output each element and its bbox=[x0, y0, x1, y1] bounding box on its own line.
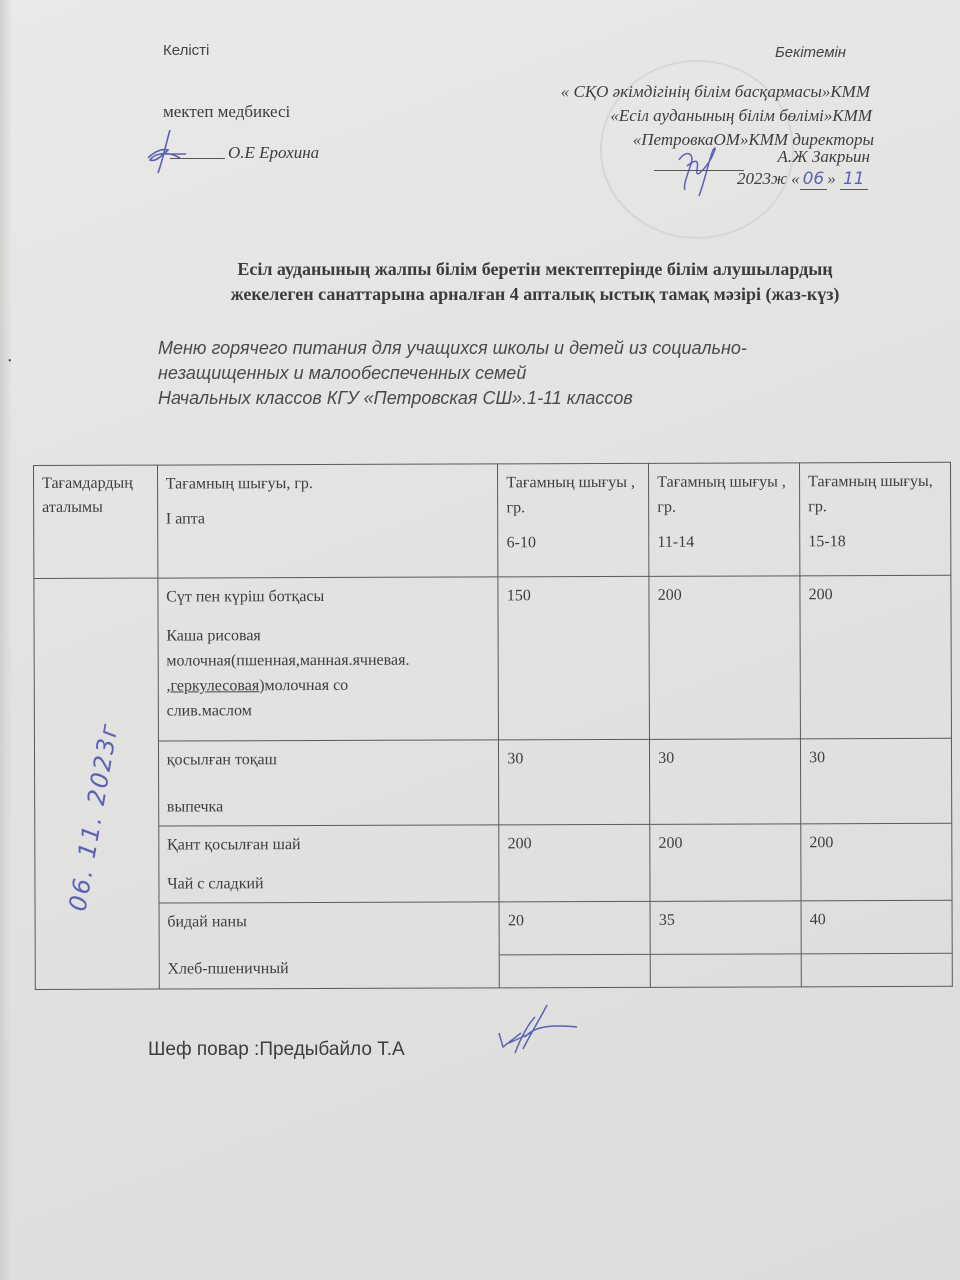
dish-cell: Сүт пен күріш ботқасы Каша рисовая молоч… bbox=[158, 577, 499, 741]
portion-11-14: 200 bbox=[650, 824, 801, 902]
approver-org-line: «Есіл ауданының білім бөлімі»КММ bbox=[610, 106, 872, 126]
dish-name-kz: бидай наны bbox=[167, 908, 491, 934]
document-subtitle-ru: Меню горячего питания для учащихся школы… bbox=[158, 336, 747, 411]
dish-name-kz: Сүт пен күріш ботқасы bbox=[166, 583, 490, 609]
approval-date-mid: » bbox=[827, 169, 836, 188]
nurse-signature-line bbox=[170, 158, 225, 159]
portion-15-18: 200 bbox=[800, 575, 951, 739]
portion-15-18: 40 bbox=[801, 900, 952, 954]
chef-signature-icon bbox=[495, 1003, 585, 1078]
handwritten-date: 06. 11. 2023г bbox=[66, 720, 123, 913]
portion-11-14: 200 bbox=[649, 576, 800, 740]
dish-name-kz: қосылған тоқаш bbox=[167, 746, 491, 772]
title-kz-line: жекелеген санаттарына арналған 4 апталық… bbox=[150, 282, 920, 307]
dish-cell: Қант қосылған шай Чай с сладкий bbox=[158, 825, 499, 903]
approval-date-day: 06 bbox=[800, 169, 828, 190]
subtitle-ru-line: незащищенных и малообеспеченных семей bbox=[158, 361, 747, 386]
nurse-name: О.Е Ерохина bbox=[228, 143, 319, 163]
portion-11-14: 35 bbox=[650, 901, 801, 955]
title-kz-line: Есіл ауданының жалпы білім беретін мекте… bbox=[150, 257, 920, 282]
portion-15-18: 30 bbox=[801, 738, 952, 824]
dish-name-kz: Қант қосылған шай bbox=[167, 831, 491, 857]
header-age-15-18: Тағамның шығуы, гр. 15-18 bbox=[800, 462, 951, 576]
approved-label: Бекітемін bbox=[775, 44, 846, 61]
empty-cell bbox=[801, 953, 952, 987]
empty-cell bbox=[650, 954, 801, 988]
portion-6-10: 200 bbox=[499, 824, 650, 902]
empty-cell bbox=[500, 954, 651, 988]
portion-15-18: 200 bbox=[801, 823, 952, 901]
header-age-6-10: Тағамның шығуы , гр. 6-10 bbox=[498, 463, 649, 577]
dish-name-ru: Чай с сладкий bbox=[167, 870, 491, 896]
dish-cell: бидай наны Хлеб-пшеничный bbox=[159, 902, 500, 989]
director-signature-line bbox=[654, 170, 744, 171]
header-dish-name: Тағамдардың аталымы bbox=[34, 465, 158, 578]
table-header-row: Тағамдардың аталымы Тағамның шығуы, гр. … bbox=[34, 462, 951, 578]
dish-name-ru: ,геркулесовая)молочная со bbox=[166, 672, 490, 698]
dish-name-ru: слив.маслом bbox=[167, 697, 491, 723]
week-label: I апта bbox=[166, 505, 490, 531]
agreed-label: Келісті bbox=[163, 42, 209, 59]
table-row: Қант қосылған шай Чай с сладкий 200 200 … bbox=[35, 823, 952, 903]
dish-name-ru: Каша рисовая bbox=[166, 622, 490, 648]
director-name: А.Ж Закрьин bbox=[778, 147, 871, 167]
table-row: бидай наны Хлеб-пшеничный 20 35 40 bbox=[35, 900, 952, 956]
header-age-11-14: Тағамның шығуы , гр. 11-14 bbox=[649, 463, 800, 577]
page-shadow-edge bbox=[0, 0, 12, 1280]
portion-6-10: 30 bbox=[499, 739, 650, 825]
stray-dot-mark: • bbox=[8, 356, 12, 367]
dish-cell: қосылған тоқаш выпечка bbox=[158, 740, 499, 826]
header-dish-yield: Тағамның шығуы, гр. I апта bbox=[157, 464, 498, 578]
date-cell: 06. 11. 2023г bbox=[34, 578, 159, 989]
table-row: 06. 11. 2023г Сүт пен күріш ботқасы Каша… bbox=[34, 575, 952, 741]
approver-org-line: « СҚО әкімдігінің білім басқармасы»КММ bbox=[561, 82, 870, 102]
portion-11-14: 30 bbox=[650, 739, 801, 825]
dish-name-ru: Хлеб-пшеничный bbox=[167, 955, 491, 981]
nurse-signature-icon bbox=[140, 128, 210, 178]
approval-date-month: 11 bbox=[840, 169, 868, 190]
menu-table: Тағамдардың аталымы Тағамның шығуы, гр. … bbox=[33, 462, 953, 990]
table-row: қосылған тоқаш выпечка 30 30 30 bbox=[34, 738, 951, 826]
approval-date: 2023ж «06» 11 bbox=[737, 169, 868, 190]
dish-name-ru: выпечка bbox=[167, 793, 491, 819]
portion-6-10: 150 bbox=[498, 576, 649, 740]
subtitle-ru-line: Меню горячего питания для учащихся школы… bbox=[158, 336, 747, 361]
document-title-kz: Есіл ауданының жалпы білім беретін мекте… bbox=[150, 257, 920, 307]
nurse-position: мектеп медбикесі bbox=[163, 102, 290, 122]
subtitle-ru-line: Начальных классов КГУ «Петровская СШ».1-… bbox=[158, 386, 747, 411]
chef-signature-line: Шеф повар :Предыбайло Т.А bbox=[148, 1039, 405, 1061]
dish-name-ru: молочная(пшенная,манная.ячневая. bbox=[166, 647, 490, 673]
portion-6-10: 20 bbox=[499, 901, 650, 955]
approval-date-prefix: 2023ж « bbox=[737, 169, 800, 188]
